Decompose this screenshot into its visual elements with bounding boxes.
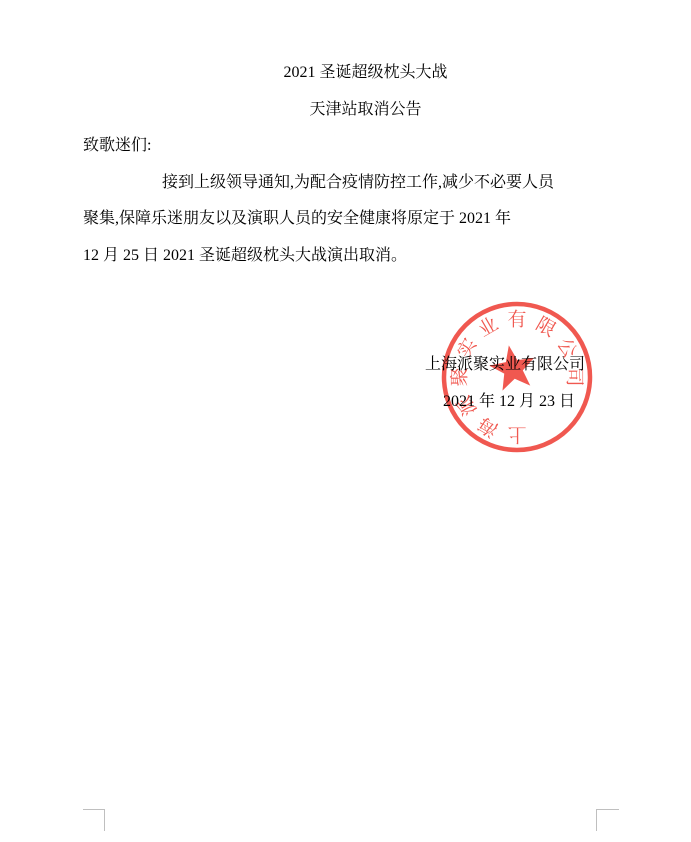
- blank-line: [83, 274, 608, 311]
- text-boundary-mark-bottom-left-v: [104, 809, 105, 831]
- signature-company: 上海派聚实业有限公司: [83, 347, 608, 384]
- signature-date: 2021 年 12 月 23 日: [83, 384, 608, 421]
- paragraph-line-2: 聚集,保障乐迷朋友以及演职人员的安全健康将原定于 2021 年: [83, 201, 608, 238]
- document-page: 2021 圣诞超级枕头大战 天津站取消公告 致歌迷们: 接到上级领导通知,为配合…: [0, 0, 691, 842]
- paragraph-line-1: 接到上级领导通知,为配合疫情防控工作,减少不必要人员: [83, 165, 608, 202]
- announcement-body: 2021 圣诞超级枕头大战 天津站取消公告 致歌迷们: 接到上级领导通知,为配合…: [83, 55, 608, 420]
- text-boundary-mark-bottom-right-h: [596, 809, 619, 810]
- blank-line: [83, 311, 608, 348]
- text-boundary-mark-bottom-right-v: [596, 809, 597, 831]
- document-subtitle: 天津站取消公告: [123, 92, 608, 129]
- document-title: 2021 圣诞超级枕头大战: [123, 55, 608, 92]
- seal-char: 上: [507, 424, 526, 446]
- paragraph-line-3: 12 月 25 日 2021 圣诞超级枕头大战演出取消。: [83, 238, 608, 275]
- salutation: 致歌迷们:: [83, 128, 608, 165]
- text-boundary-mark-bottom-left-h: [83, 809, 105, 810]
